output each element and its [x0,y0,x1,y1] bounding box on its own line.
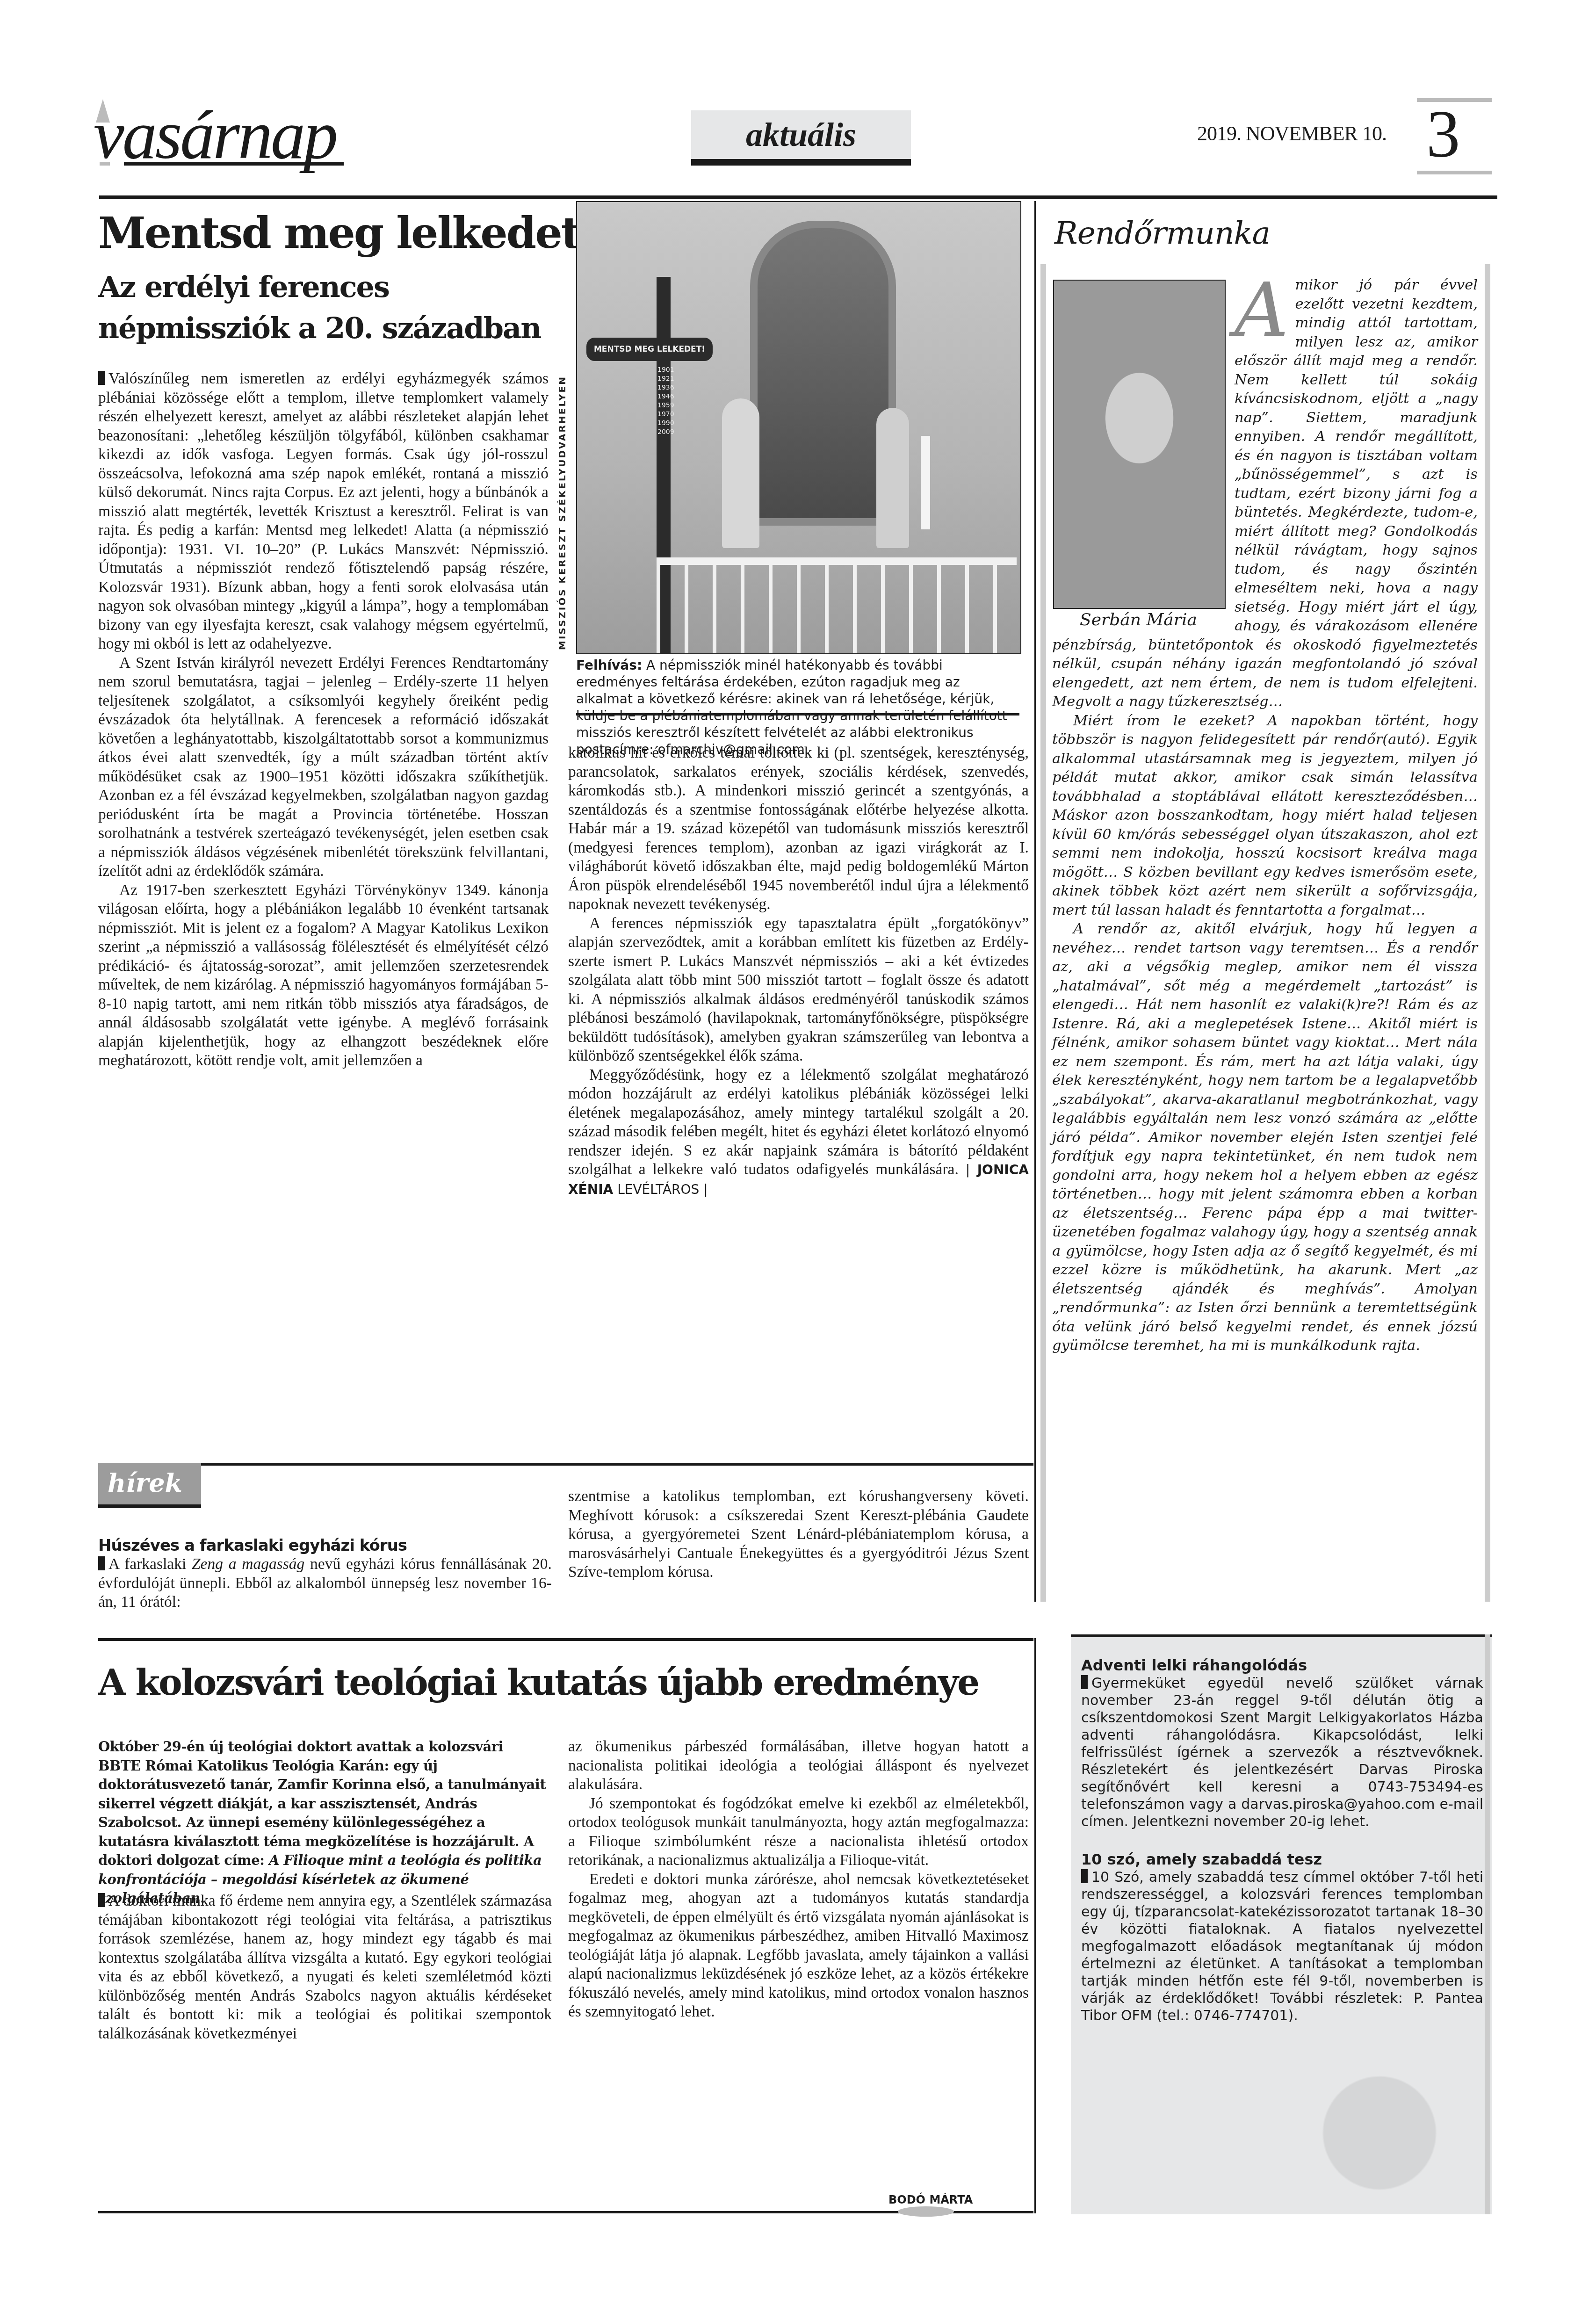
footer-rule [98,2211,1033,2213]
news-title: Húszéves a farkaslaki egyházi kórus [98,1536,407,1555]
header-rule [99,195,1497,199]
notices-box-edge [1485,1634,1490,2214]
paragraph-marker-icon [98,1556,105,1570]
article-paragraph: katolikus hit és erkölcs témái töltöttek… [568,744,1029,914]
column-title: Rendőrmunka [1054,215,1270,251]
altar-painting [750,221,896,526]
dropcap: A [1235,280,1289,340]
altar-rail [657,557,1017,654]
section-label: aktuális [746,116,856,153]
caption-label: Felhívás: [576,658,642,673]
notice-title: 10 szó, amely szabaddá tesz [1081,1850,1483,1869]
statue-right [876,408,909,548]
section-tab: aktuális [691,110,911,166]
page-number: 3 [1426,101,1460,168]
newspaper-logo: vasárnap [94,101,336,170]
news-rule [98,1463,1033,1466]
news-body-continued: szentmise a katolikus templomban, ezt kó… [568,1487,1029,1582]
article-photo: MENTSD MEG LELKEDET! 1901 1921 1936 1946… [576,201,1021,654]
notices-box: Adventi lelki ráhangolódás Gyermeküket e… [1071,1634,1492,2214]
bottom-article-column-2: az ökumenikus párbeszéd formálásában, il… [568,1737,1029,2022]
paragraph-marker-icon [98,1893,105,1907]
column-divider [1034,201,1036,1602]
bottom-article-column-1: A doktori munka fő érdeme nem annyira eg… [98,1892,552,2043]
paragraph-marker-icon [1081,1675,1088,1689]
article-title: Mentsd meg lelkedet! [98,211,597,254]
page-number-bottom-bar [1417,171,1492,174]
column-text: Amikor jó pár évvel ezelőtt vezetni kezd… [1052,276,1478,1356]
bottom-article-title: A kolozsvári teológiai kutatás újabb ere… [98,1665,978,1700]
paragraph-marker-icon [1081,1869,1088,1883]
article-paragraph: A ferences népmissziók egy tapasztalatra… [568,914,1029,1066]
article-column-2: katolikus hit és erkölcs témái töltöttek… [568,744,1029,1199]
article-column-1: Valószínűleg nem ismeretlen az erdélyi e… [98,369,549,1070]
photo-caption: Felhívás: A népmissziók minél hatékonyab… [576,657,1019,758]
notice-title: Adventi lelki ráhangolódás [1081,1656,1483,1675]
caption-rule [576,713,1019,716]
article-paragraph: Az 1917-ben szerkesztett Egyházi Törvény… [98,881,549,1070]
statue-left [722,398,759,548]
article-paragraph-last: Meggyőződésünk, hogy ez a lélekmentő szo… [568,1066,1029,1200]
column-paragraph: A rendőr az, akitől elvárjuk, hogy hű le… [1052,920,1478,1356]
cross-inscription: MENTSD MEG LELKEDET! [586,338,713,361]
logo-accent [100,162,110,166]
footer-ornament [898,2206,954,2217]
article-paragraph: Valószínűleg nem ismeretlen az erdélyi e… [98,370,549,652]
column-paragraph: Miért írom le ezeket? A napokban történt… [1052,712,1478,920]
news-section-tab: hírek [98,1463,201,1508]
column-frame-left [1040,264,1046,1602]
column-frame-right [1485,264,1490,1602]
logo-underline [124,162,344,166]
bottom-article-author: BODÓ MÁRTA [888,2193,973,2206]
news-section-label: hírek [98,1463,201,1503]
bottom-article-lead: Október 29-én új teológiai doktort avatt… [98,1737,547,1908]
news-body: A farkaslaki Zeng a magasság nevű egyház… [98,1555,552,1612]
article-paragraph: A Szent István királyról nevezett Erdély… [98,654,549,881]
issue-date: 2019. NOVEMBER 10. [1197,122,1387,145]
paragraph-marker-icon [98,371,105,385]
notice-body: 10 Szó, amely szabaddá tesz címmel októb… [1081,1869,1483,2024]
column-divider [1034,1638,1036,2213]
candle [921,436,930,529]
section-rule [98,1638,1033,1641]
photo-credit: MISSZIÓS KERESZT SZÉKELYUDVARHELYEN [556,376,568,650]
article-subtitle: Az erdélyi ferences népmissziók a 20. sz… [98,267,547,349]
cross-years: 1901 1921 1936 1946 1959 1970 1990 2009 [657,366,671,437]
notice-body: Gyermeküket egyedül nevelő szülőket várn… [1081,1675,1483,1830]
